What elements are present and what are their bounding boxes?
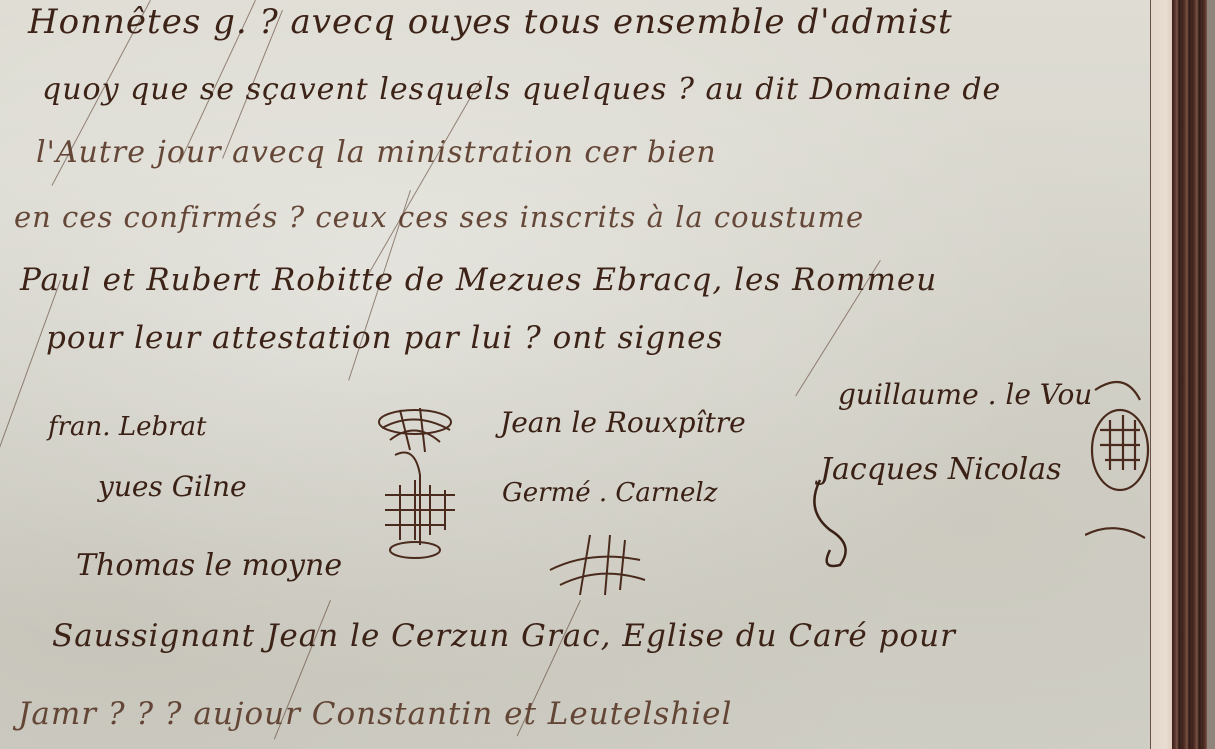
signer-mark-icon <box>1085 360 1150 550</box>
signature-thomas-le-moyne: Thomas le moyne <box>76 548 342 583</box>
signature-guillaume-le-vou: guillaume . le Vou <box>838 378 1092 411</box>
text-line-7: Saussignant Jean le Cerzun Grac, Eglise … <box>52 618 956 654</box>
signature-germe-carnelz: Germé . Carnelz <box>502 478 717 508</box>
text-line-5: Paul et Rubert Robitte de Mezues Ebracq,… <box>20 262 937 298</box>
text-line-8: Jamr ? ? ? aujour Constantin et Leutelsh… <box>18 696 732 732</box>
text-line-4: en ces confirmés ? ceux ces ses inscrits… <box>14 200 864 234</box>
signature-yues-gilne: yues Gilne <box>98 470 247 503</box>
flourish-icon <box>800 470 900 570</box>
diagonal-strike <box>365 80 481 280</box>
text-line-6: pour leur attestation par lui ? ont sign… <box>46 320 723 356</box>
text-line-2: quoy que se sçavent lesquels quelques ? … <box>42 72 1001 107</box>
signature-francois-lebrat: fran. Lebrat <box>48 412 207 442</box>
signer-mark-icon <box>375 445 465 565</box>
text-line-1: Honnêtes g. ? avecq ouyes tous ensemble … <box>28 2 953 42</box>
text-line-3: l'Autre jour avecq la ministration cer b… <box>36 135 717 170</box>
signer-mark-icon <box>540 530 650 600</box>
manuscript-page: Honnêtes g. ? avecq ouyes tous ensemble … <box>0 0 1215 749</box>
book-binding <box>1172 0 1215 749</box>
signature-jean-le-rouxpitre: Jean le Rouxpître <box>500 406 746 439</box>
